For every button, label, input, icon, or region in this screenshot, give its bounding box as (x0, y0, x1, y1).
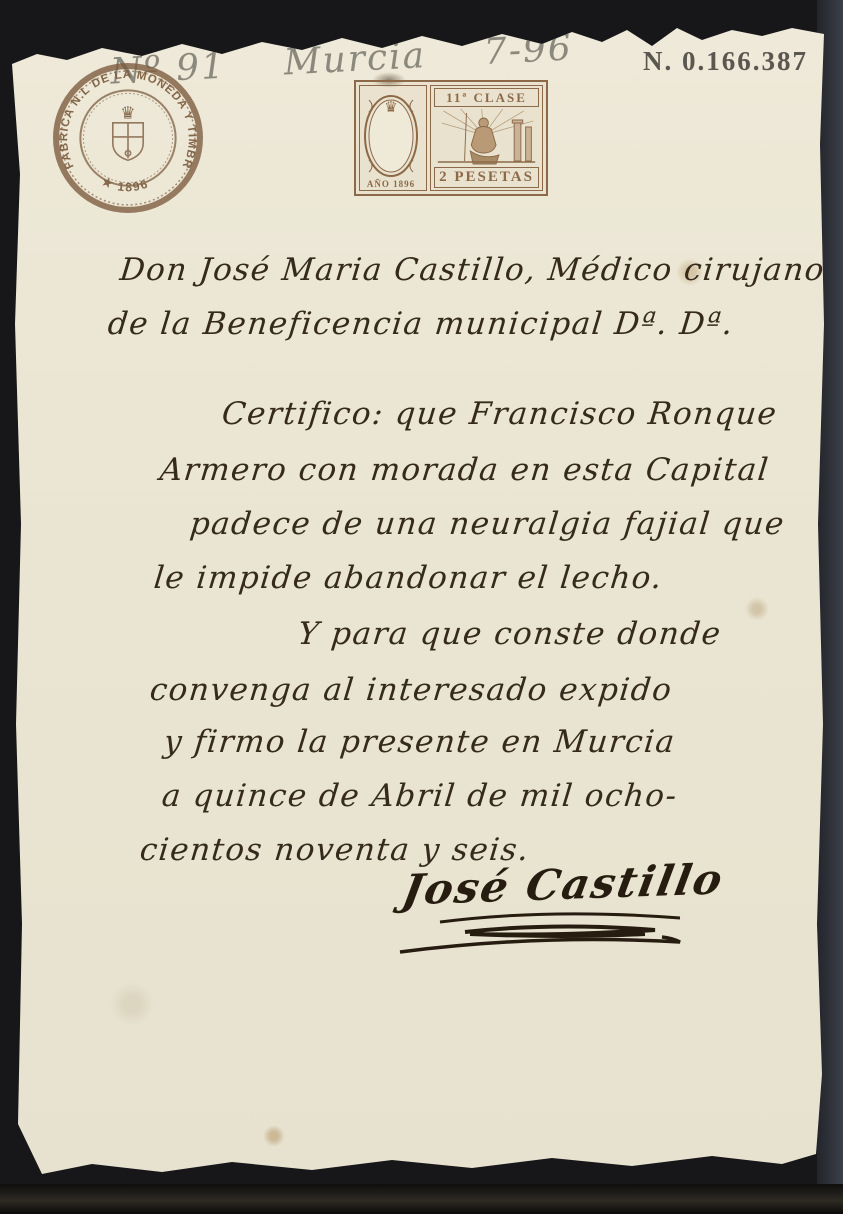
document-page: Nº 91 Murcia 7-96 N. 0.166.387 FABRICA N… (12, 24, 824, 1190)
manuscript-line: de la Beneficencia municipal Dª. Dª. (106, 306, 736, 342)
manuscript-line: Y para que conste donde (296, 616, 723, 652)
manuscript-line: y firmo la presente en Murcia (162, 724, 677, 760)
signature-flourish-icon (380, 912, 710, 962)
scanner-background-bottom (0, 1184, 843, 1214)
stamp-escutcheon-panel: ♛ AÑO 1896 (359, 85, 427, 191)
allegory-figure-icon (434, 109, 539, 165)
crown-icon: ♛ (120, 104, 135, 124)
serial-number: N. 0.166.387 (643, 46, 808, 77)
manuscript-line: le impide abandonar el lecho. (152, 560, 665, 596)
revenue-stamp: ♛ AÑO 1896 11ª CLASE (354, 80, 548, 196)
stamp-year-label: AÑO 1896 (367, 179, 415, 189)
stamp-value-panel: 11ª CLASE (430, 85, 543, 191)
manuscript-line: Certifico: que Francisco Ronque (220, 396, 779, 432)
signature: José Castillo (399, 854, 728, 914)
svg-text:♛: ♛ (384, 98, 397, 116)
coat-of-arms-icon (113, 123, 143, 160)
manuscript-line: Armero con morada en esta Capital (158, 452, 771, 488)
manuscript-line: padece de una neuralgia fajial que (188, 506, 787, 542)
manuscript-line: convenga al interesado expido (148, 672, 674, 708)
manuscript-line: Don José Maria Castillo, Médico cirujano (118, 252, 827, 288)
mint-seal: FABRICA N.L DE LA MONEDA Y TIMBRE ★ 1896… (52, 62, 204, 214)
annotation-date: 7-96 (483, 27, 574, 73)
manuscript-line: a quince de Abril de mil ocho- (160, 778, 679, 814)
stamp-value-label: 2 PESETAS (434, 167, 539, 188)
stamp-oval-icon: ♛ AÑO 1896 (360, 86, 422, 192)
annotation-place: Murcia (283, 35, 427, 83)
mint-seal-icon: FABRICA N.L DE LA MONEDA Y TIMBRE ★ 1896… (52, 62, 204, 214)
stamp-class-label: 11ª CLASE (434, 88, 539, 107)
scanner-background-right (817, 0, 843, 1214)
